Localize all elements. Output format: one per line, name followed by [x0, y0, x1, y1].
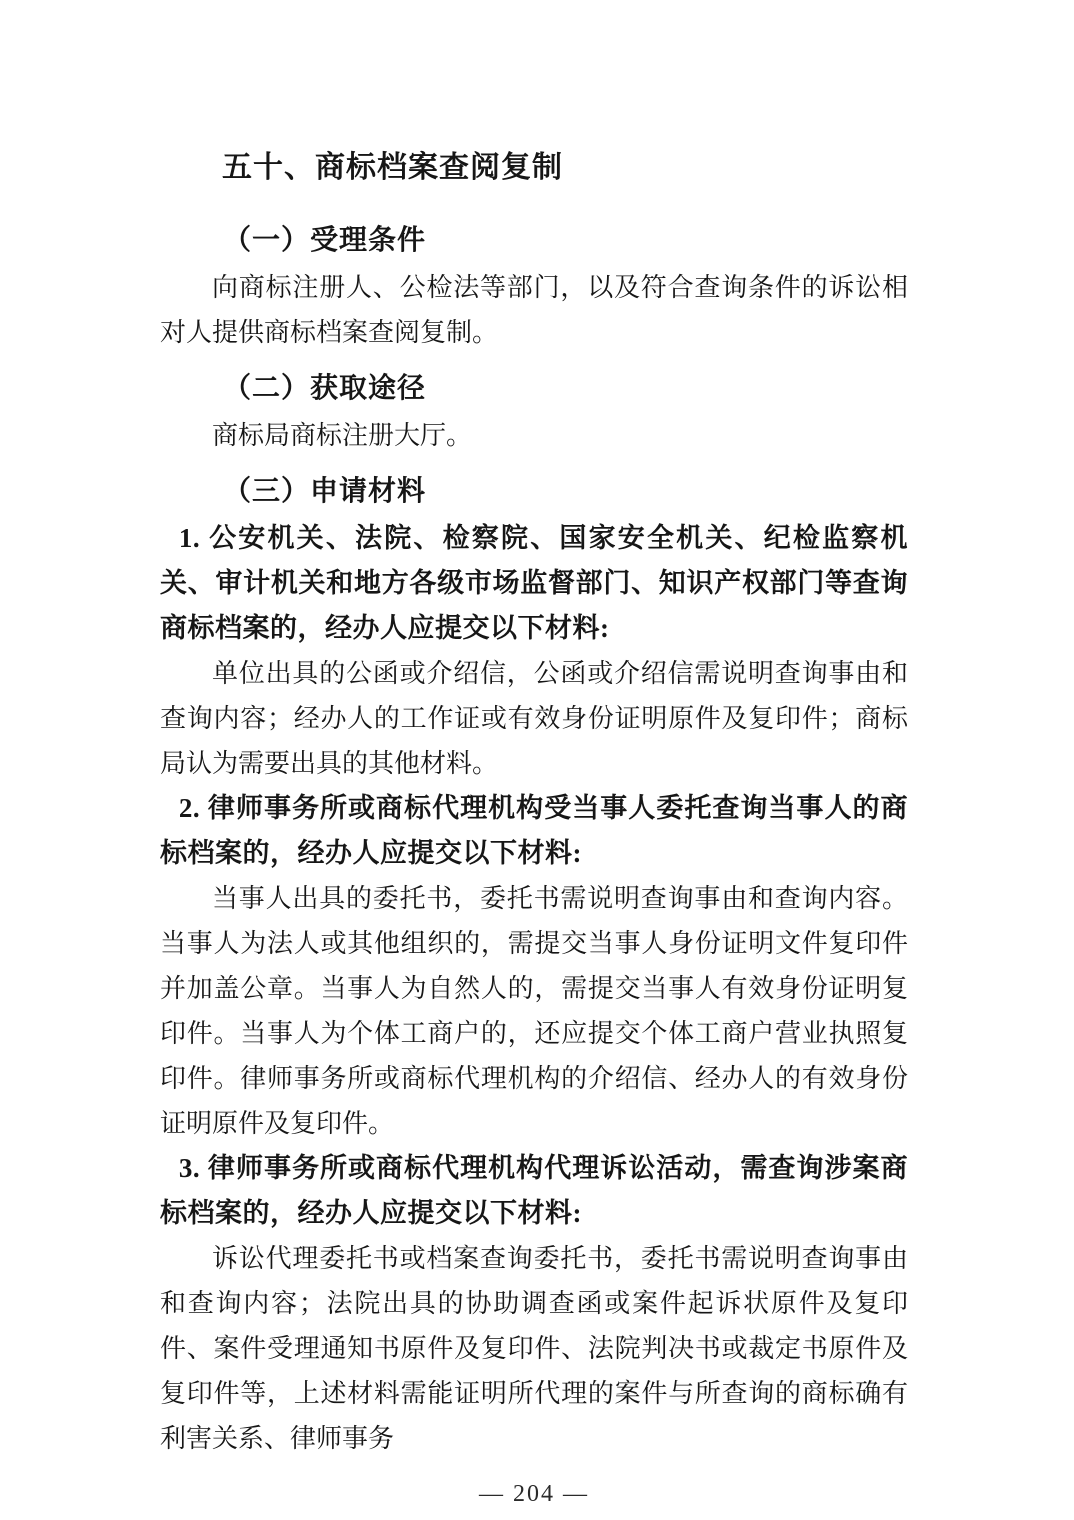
section-3-item-3-body: 诉讼代理委托书或档案查询委托书，委托书需说明查询事由和查询内容；法院出具的协助调…: [160, 1236, 908, 1461]
section-3-item-1-body: 单位出具的公函或介绍信，公函或介绍信需说明查询事由和查询内容；经办人的工作证或有…: [160, 651, 908, 786]
section-3-heading: （三）申请材料: [223, 476, 908, 508]
section-2-body: 商标局商标注册大厅。: [160, 413, 908, 458]
section-3-item-3-heading: 3. 律师事务所或商标代理机构代理诉讼活动，需查询涉案商标档案的，经办人应提交以…: [160, 1146, 908, 1236]
document-page: 五十、商标档案查阅复制 （一）受理条件 向商标注册人、公检法等部门，以及符合查询…: [0, 0, 1074, 1520]
page-number: — 204 —: [160, 1481, 908, 1508]
section-3-item-2-body: 当事人出具的委托书，委托书需说明查询事由和查询内容。当事人为法人或其他组织的，需…: [160, 876, 908, 1146]
section-1-body: 向商标注册人、公检法等部门，以及符合查询条件的诉讼相对人提供商标档案查阅复制。: [160, 265, 908, 355]
section-3-item-1-heading: 1. 公安机关、法院、检察院、国家安全机关、纪检监察机关、审计机关和地方各级市场…: [160, 516, 908, 651]
section-3-item-2-heading: 2. 律师事务所或商标代理机构受当事人委托查询当事人的商标档案的，经办人应提交以…: [160, 786, 908, 876]
section-1-heading: （一）受理条件: [223, 225, 908, 257]
section-2-heading: （二）获取途径: [223, 373, 908, 405]
page-title: 五十、商标档案查阅复制: [222, 150, 908, 186]
